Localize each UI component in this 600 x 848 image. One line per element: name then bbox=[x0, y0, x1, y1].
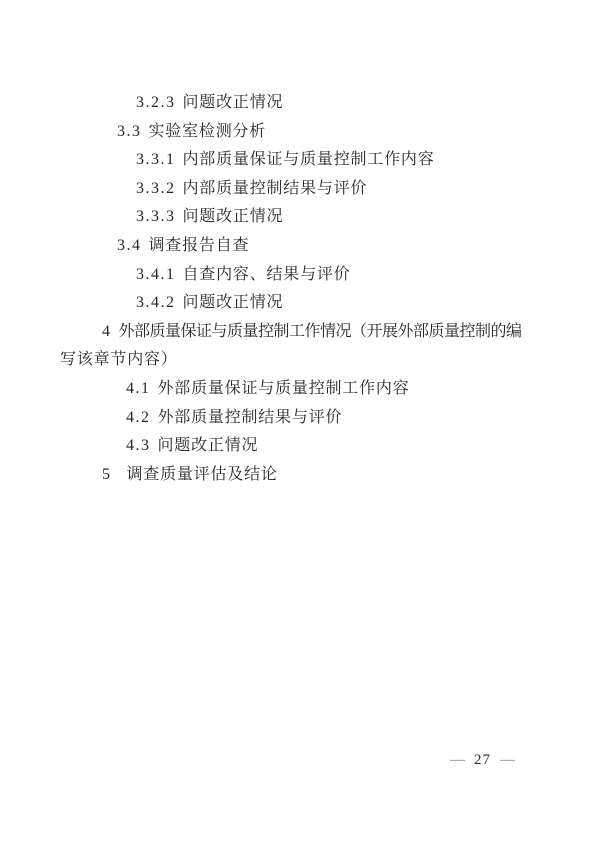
footer-dash-right: — bbox=[500, 752, 515, 768]
toc-line-number: 4 bbox=[102, 323, 112, 340]
toc-line-text: 写该章节内容） bbox=[60, 351, 178, 368]
toc-line: 3.4调查报告自查 bbox=[0, 232, 600, 261]
page-number: 27 bbox=[474, 752, 491, 768]
toc-line-number: 3.3.3 bbox=[136, 208, 176, 225]
toc-line-text: 内部质量控制结果与评价 bbox=[183, 180, 368, 197]
toc-line-text: 自查内容、结果与评价 bbox=[183, 266, 351, 283]
outline-list: 3.2.3问题改正情况3.3实验室检测分析3.3.1内部质量保证与质量控制工作内… bbox=[0, 89, 600, 489]
page-footer: —27— bbox=[441, 750, 524, 770]
toc-line-number: 3.3.2 bbox=[136, 180, 176, 197]
toc-line-text: 问题改正情况 bbox=[183, 94, 284, 111]
toc-line: 3.2.3问题改正情况 bbox=[0, 89, 600, 118]
toc-line-number: 3.3 bbox=[117, 123, 142, 140]
toc-line-number: 3.4.2 bbox=[136, 294, 176, 311]
toc-line-text: 内部质量保证与质量控制工作内容 bbox=[183, 151, 435, 168]
toc-line: 4外部质量保证与质量控制工作情况（开展外部质量控制的编 bbox=[0, 318, 600, 347]
toc-line-number: 3.2.3 bbox=[136, 94, 176, 111]
toc-line: 3.4.2问题改正情况 bbox=[0, 289, 600, 318]
toc-line-text: 问题改正情况 bbox=[183, 208, 284, 225]
toc-line-number: 3.4 bbox=[117, 237, 142, 254]
toc-line-number: 4.3 bbox=[126, 437, 151, 454]
toc-line: 3.3.3问题改正情况 bbox=[0, 203, 600, 232]
toc-line: 3.3.2内部质量控制结果与评价 bbox=[0, 175, 600, 204]
toc-line-text: 外部质量保证与质量控制工作情况（开展外部质量控制的编 bbox=[119, 323, 522, 340]
toc-line: 3.3.1内部质量保证与质量控制工作内容 bbox=[0, 146, 600, 175]
toc-line-text: 外部质量控制结果与评价 bbox=[158, 409, 343, 426]
toc-line: 3.4.1自查内容、结果与评价 bbox=[0, 261, 600, 290]
toc-line-number: 4.1 bbox=[126, 380, 151, 397]
toc-line-text: 外部质量保证与质量控制工作内容 bbox=[158, 380, 410, 397]
toc-line-text: 调查质量评估及结论 bbox=[127, 466, 278, 483]
toc-line-number: 3.4.1 bbox=[136, 266, 176, 283]
footer-dash-left: — bbox=[450, 752, 465, 768]
toc-line: 4.3问题改正情况 bbox=[0, 432, 600, 461]
toc-line-text: 问题改正情况 bbox=[183, 294, 284, 311]
toc-line-text: 调查报告自查 bbox=[149, 237, 250, 254]
toc-line-number: 5 bbox=[102, 466, 112, 483]
toc-line: 4.1外部质量保证与质量控制工作内容 bbox=[0, 375, 600, 404]
toc-line: 3.3实验室检测分析 bbox=[0, 118, 600, 147]
toc-line-number: 4.2 bbox=[126, 409, 151, 426]
toc-line-number: 3.3.1 bbox=[136, 151, 176, 168]
toc-line: 写该章节内容） bbox=[0, 346, 600, 375]
toc-line-text: 实验室检测分析 bbox=[149, 123, 267, 140]
document-page: 3.2.3问题改正情况3.3实验室检测分析3.3.1内部质量保证与质量控制工作内… bbox=[0, 0, 600, 848]
toc-line-text: 问题改正情况 bbox=[158, 437, 259, 454]
toc-line: 5调查质量评估及结论 bbox=[0, 461, 600, 490]
toc-line: 4.2外部质量控制结果与评价 bbox=[0, 404, 600, 433]
